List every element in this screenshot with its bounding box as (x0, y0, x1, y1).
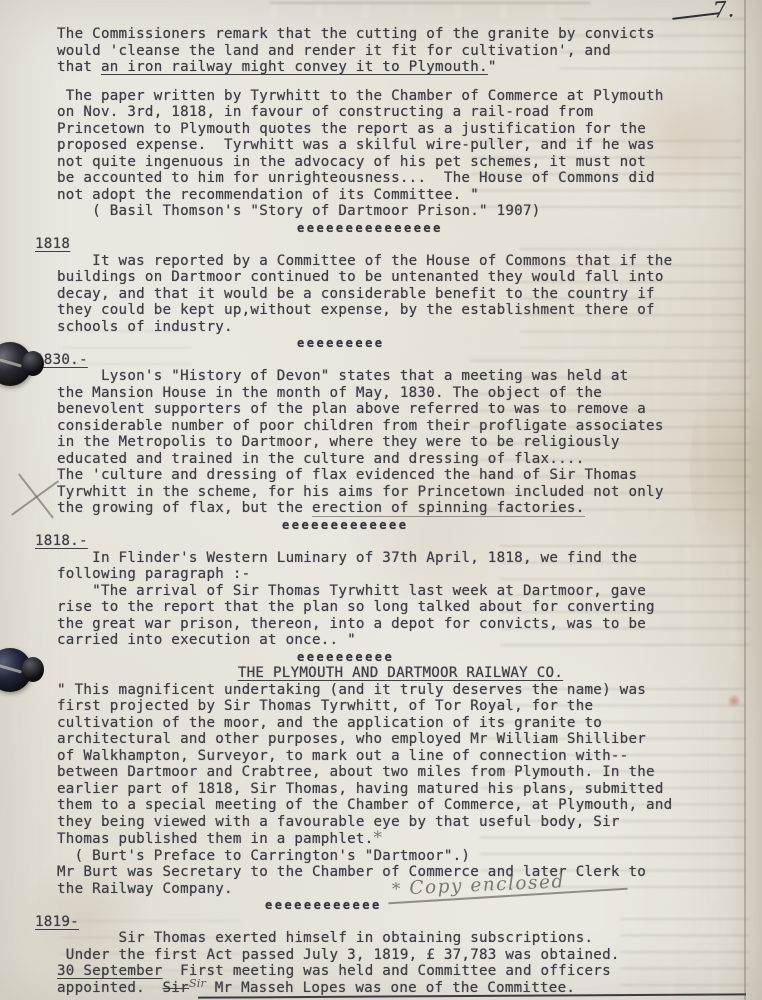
asterisk-reference-mark: * (374, 828, 383, 848)
typed-line: of Walkhampton, Surveyor, to mark out a … (57, 748, 744, 765)
typed-line: schools of industry. (57, 319, 744, 336)
typed-line: the growing of flax, but the erection of… (57, 500, 744, 517)
ring-knob (22, 657, 44, 682)
typed-line: 30 September First meeting was held and … (57, 963, 744, 980)
paragraph-1818-report: It was reported by a Committee of the Ho… (57, 253, 744, 336)
section-heading-1819: 1819- (35, 914, 744, 931)
typed-line: buildings on Dartmoor continued to be un… (57, 269, 744, 286)
struck-word: Sir (163, 980, 189, 996)
paragraph-commissioners: The Commissioners remark that the cuttin… (57, 26, 744, 76)
typed-line: be accounted to him for unrighteousness.… (57, 170, 744, 187)
typed-line: Princetown to Plymouth quotes the report… (57, 121, 744, 138)
typed-line: they could be kept up,without expense, b… (57, 302, 744, 319)
underlined-date: 30 September (57, 963, 163, 979)
typed-line: them to a special meeting of the Chamber… (57, 797, 744, 814)
typed-line: benevolent supporters of the plan above … (57, 401, 744, 418)
typed-line: Sir Thomas exerted himself in obtaining … (57, 930, 744, 947)
typed-line: decay, and that it would be a considerab… (57, 286, 744, 303)
typed-line: Lyson's "History of Devon" states that a… (57, 368, 744, 385)
separator: eeeeeeeeeeee (57, 897, 744, 914)
section-heading-1830: 1830.- (35, 352, 744, 369)
typed-line: the Mansion House in the month of May, 1… (57, 385, 744, 402)
page-number: 7. (712, 2, 735, 20)
paragraph-railway-co: " This magnificent undertaking (and it t… (57, 682, 744, 898)
typed-line: carried into execution at once.. " (57, 632, 744, 649)
citation-line: ( Basil Thomson's "Story of Dartmoor Pri… (57, 203, 744, 220)
paragraph-western-luminary: In Flinder's Western Luminary of 37th Ap… (57, 550, 744, 649)
pencil-underlined-phrase: erection of spinning factories. (312, 500, 585, 517)
typed-line: " This magnificent undertaking (and it t… (57, 682, 744, 699)
section-heading-1818: 1818 (35, 236, 744, 253)
separator: eeeeeeeeee (57, 649, 744, 666)
typed-line: in the Metropolis to Dartmoor, where the… (57, 434, 744, 451)
binder-ring-icon (0, 340, 48, 394)
citation-line: ( Burt's Preface to Carrington's "Dartmo… (57, 848, 744, 865)
typed-line: not adopt the recommendation of its Comm… (57, 187, 744, 204)
paragraph-1819-subscriptions: Sir Thomas exerted himself in obtaining … (57, 930, 744, 996)
section-heading-1818b: 1818.- (35, 533, 744, 550)
typed-line: It was reported by a Committee of the Ho… (57, 253, 744, 270)
typewritten-page: 7. The Commissioners remark that the cut… (0, 0, 762, 1000)
typed-line: first projected by Sir Thomas Tyrwhitt, … (57, 698, 744, 715)
typed-line: they being viewed with a favourable eye … (57, 814, 744, 831)
typed-line: on Nov. 3rd, 1818, in favour of construc… (57, 104, 744, 121)
underlined-phrase: an iron railway might convey it to Plymo… (101, 59, 488, 75)
ring-knob (22, 351, 44, 376)
typed-line: the great war prison, thereon, into a de… (57, 616, 744, 633)
typed-line: In Flinder's Western Luminary of 37th Ap… (57, 550, 744, 567)
typed-line: earlier part of 1818, Sir Thomas, having… (57, 781, 744, 798)
typed-line: not quite ingenuous in the advocacy of h… (57, 154, 744, 171)
handwritten-sir-insert: Sir (189, 976, 206, 990)
typed-line: cultivation of the moor, and the applica… (57, 715, 744, 732)
typed-line: proposed expense. Tyrwhitt was a skilful… (57, 137, 744, 154)
railway-heading: THE PLYMOUTH AND DARTMOOR RAILWAY CO. (57, 665, 744, 682)
typed-line: rise to the report that the plan so long… (57, 599, 744, 616)
typed-line: that an iron railway might convey it to … (57, 59, 744, 76)
typed-line: "The arrival of Sir Thomas Tyrwhitt last… (57, 583, 744, 600)
typed-line: Tyrwhitt in the scheme, for his aims for… (57, 484, 744, 501)
typed-line: architectural and other purposes, who em… (57, 731, 744, 748)
separator: eeeeeeeeeeeeeee (57, 220, 744, 237)
typed-line: following paragraph :- (57, 566, 744, 583)
typed-line: Under the first Act passed July 3, 1819,… (57, 947, 744, 964)
separator: eeeeeeeee (57, 335, 744, 352)
typed-line: considerable number of poor children fro… (57, 418, 744, 435)
paragraph-1830-lysons: Lyson's "History of Devon" states that a… (57, 368, 744, 517)
typed-line: Thomas published them in a pamphlet.* (57, 830, 744, 848)
typed-line: The Commissioners remark that the cuttin… (57, 26, 744, 43)
typed-line: would 'cleanse the land and render it fi… (57, 43, 744, 60)
separator: eeeeeeeeeeeee (57, 517, 744, 534)
typed-line: The 'culture and dressing of flax eviden… (57, 467, 744, 484)
binder-ring-icon (0, 646, 48, 700)
typed-line: Mr Burt was Secretary to the Chamber of … (57, 864, 744, 881)
typed-line: The paper written by Tyrwhitt to the Cha… (57, 88, 744, 105)
typed-content: The Commissioners remark that the cuttin… (0, 0, 762, 996)
typed-line: educated and trained in the culture and … (57, 451, 744, 468)
paragraph-tyrwhitt-paper: The paper written by Tyrwhitt to the Cha… (57, 88, 744, 220)
typed-line: between Dartmoor and Crabtree, about two… (57, 764, 744, 781)
